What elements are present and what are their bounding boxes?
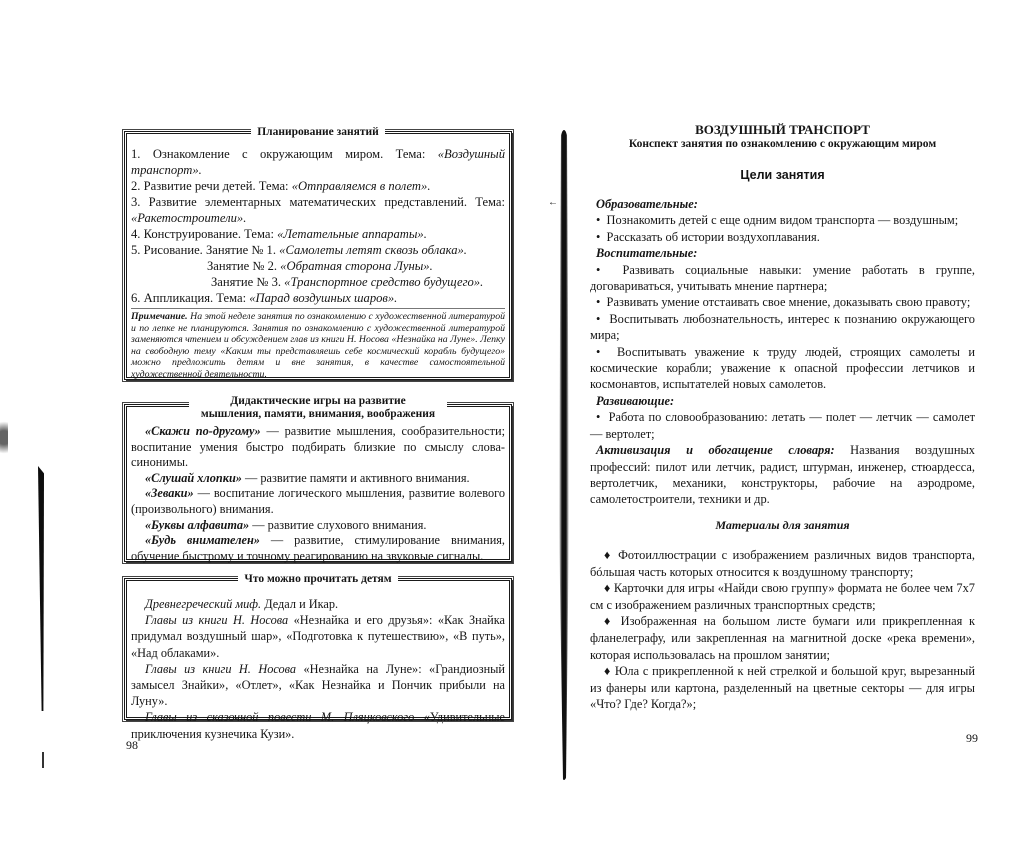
section-label: Развивающие: <box>590 393 975 409</box>
scan-artifact <box>0 415 8 460</box>
lesson-title: ВОЗДУШНЫЙ ТРАНСПОРТ <box>590 122 975 138</box>
material-item: ♦ Фотоиллюстрации с изображением различн… <box>590 547 975 580</box>
material-item: ♦ Изображенная на большом листе бумаги и… <box>590 613 975 663</box>
plan-item: 4. Конструирование. Тема: «Летательные а… <box>131 226 505 242</box>
plan-item: 6. Аппликация. Тема: «Парад воздушных ша… <box>131 290 505 306</box>
goal-bullet: • Воспитывать любознательность, интерес … <box>590 311 975 344</box>
book-spine-shadow <box>559 130 569 780</box>
didactic-games-box: Дидактические игры на развитиемышления, … <box>124 404 512 562</box>
plan-subitem: Занятие № 2. «Обратная сторона Луны». <box>131 258 505 274</box>
games-title: Дидактические игры на развитиемышления, … <box>189 395 447 421</box>
material-item: ♦ Юла с прикрепленной к ней стрелкой и б… <box>590 663 975 713</box>
reading-item: Главы из книги Н. Носова «Незнайка на Лу… <box>131 661 505 710</box>
planning-note: Примечание. На этой неделе занятия по оз… <box>131 308 505 380</box>
game-item: «Зеваки» — воспитание логического мышлен… <box>131 486 505 517</box>
goal-bullet: • Развивать социальные навыки: умение ра… <box>590 262 975 295</box>
game-item: «Буквы алфавита» — развитие слухового вн… <box>131 518 505 534</box>
goal-bullet: • Познакомить детей с еще одним видом тр… <box>590 212 975 228</box>
plan-item: 2. Развитие речи детей. Тема: «Отправляе… <box>131 178 505 194</box>
scan-artifact-mark: ← <box>548 197 558 208</box>
plan-item: 1. Ознакомление с окружающим миром. Тема… <box>131 146 505 178</box>
scan-edge-mark <box>42 752 44 768</box>
reading-title: Что можно прочитать детям <box>238 573 397 585</box>
game-item: «Скажи по-другому» — развитие мышления, … <box>131 424 505 471</box>
section-label: Образовательные: <box>590 196 975 212</box>
materials-list: ♦ Фотоиллюстрации с изображением различн… <box>590 547 975 713</box>
plan-subitem: Занятие № 3. «Транспортное средство буду… <box>131 274 505 290</box>
goal-bullet: • Развивать умение отстаивать свое мнени… <box>590 294 975 310</box>
page-number-left: 98 <box>126 738 138 753</box>
material-item: ♦ Карточки для игры «Найди свою группу» … <box>590 580 975 613</box>
goal-bullet: • Воспитывать уважение к труду людей, ст… <box>590 344 975 393</box>
materials-heading: Материалы для занятия <box>590 518 975 533</box>
goals-heading: Цели занятия <box>590 168 975 182</box>
goal-bullet: • Работа по словообразованию: летать — п… <box>590 409 975 442</box>
game-item: «Будь внимателен» — развитие, стимулиров… <box>131 533 505 564</box>
game-item: «Слушай хлопки» — развитие памяти и акти… <box>131 471 505 487</box>
planning-title: Планирование занятий <box>251 126 385 138</box>
page-number-right: 99 <box>966 731 978 746</box>
plan-item: 3. Развитие элементарных математических … <box>131 194 505 226</box>
reading-list-box: Что можно прочитать детям Древнегречески… <box>124 578 512 720</box>
vocab-paragraph: Активизация и обогащение словаря: Назван… <box>590 442 975 508</box>
section-label: Воспитательные: <box>590 245 975 261</box>
goal-bullet: • Рассказать об истории воздухоплавания. <box>590 229 975 245</box>
plan-item: 5. Рисование. Занятие № 1. «Самолеты лет… <box>131 242 505 258</box>
reading-item: Главы из сказочной повести М. Пляцковско… <box>131 709 505 741</box>
reading-item: Древнегреческий миф. Дедал и Икар. <box>131 596 505 612</box>
planning-box: Планирование занятий 1. Ознакомление с о… <box>124 131 512 380</box>
scan-edge-shadow <box>38 466 44 711</box>
reading-item: Главы из книги Н. Носова «Незнайка и его… <box>131 612 505 661</box>
goals-body: Образовательные: • Познакомить детей с е… <box>590 196 975 508</box>
lesson-subtitle: Конспект занятия по ознакомлению с окруж… <box>590 138 975 150</box>
